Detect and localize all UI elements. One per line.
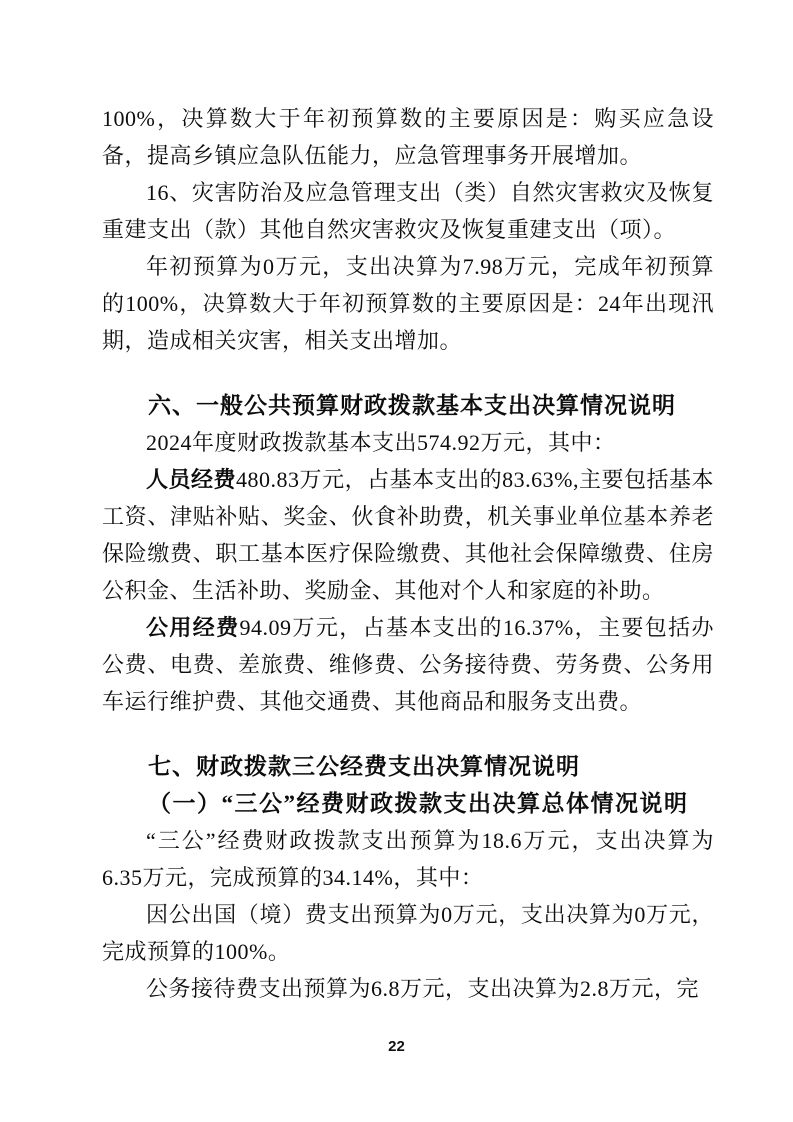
paragraph-official-reception-expense: 公务接待费支出预算为6.8万元，支出决算为2.8万元，完 <box>102 970 714 1007</box>
paragraph-item-16-budget-figures: 年初预算为0万元，支出决算为7.98万元，完成年初预算的100%，决算数大于年初… <box>102 248 714 359</box>
paragraph-2024-basic-expenditure-total: 2024年度财政拨款基本支出574.92万元，其中： <box>102 424 714 461</box>
public-expense-label: 公用经费 <box>146 615 240 640</box>
section-heading-six-basic-expenditure: 六、一般公共预算财政拨款基本支出决算情况说明 <box>102 387 714 424</box>
paragraph-public-expense: 公用经费94.09万元，占基本支出的16.37%，主要包括办公费、电费、差旅费、… <box>102 609 714 720</box>
section-heading-seven-three-public-funds: 七、财政拨款三公经费支出决算情况说明 <box>102 748 714 785</box>
page-content: 100%，决算数大于年初预算数的主要原因是：购买应急设备，提高乡镇应急队伍能力，… <box>102 100 714 1007</box>
paragraph-overseas-travel-expense: 因公出国（境）费支出预算为0万元，支出决算为0万元，完成预算的100%。 <box>102 896 714 970</box>
page-number: 22 <box>0 1038 793 1055</box>
personnel-expense-label: 人员经费 <box>146 467 236 492</box>
paragraph-personnel-expense: 人员经费480.83万元，占基本支出的83.63%,主要包括基本工资、津贴补贴、… <box>102 461 714 609</box>
paragraph-continuation-disaster-equipment: 100%，决算数大于年初预算数的主要原因是：购买应急设备，提高乡镇应急队伍能力，… <box>102 100 714 174</box>
paragraph-item-16-disaster-prevention: 16、灾害防治及应急管理支出（类）自然灾害救灾及恢复重建支出（款）其他自然灾害救… <box>102 174 714 248</box>
document-page: 100%，决算数大于年初预算数的主要原因是：购买应急设备，提高乡镇应急队伍能力，… <box>0 0 793 1122</box>
paragraph-three-public-funds-total: “三公”经费财政拨款支出预算为18.6万元，支出决算为6.35万元，完成预算的3… <box>102 822 714 896</box>
subsection-heading-one-overall-situation: （一）“三公”经费财政拨款支出决算总体情况说明 <box>102 785 714 822</box>
